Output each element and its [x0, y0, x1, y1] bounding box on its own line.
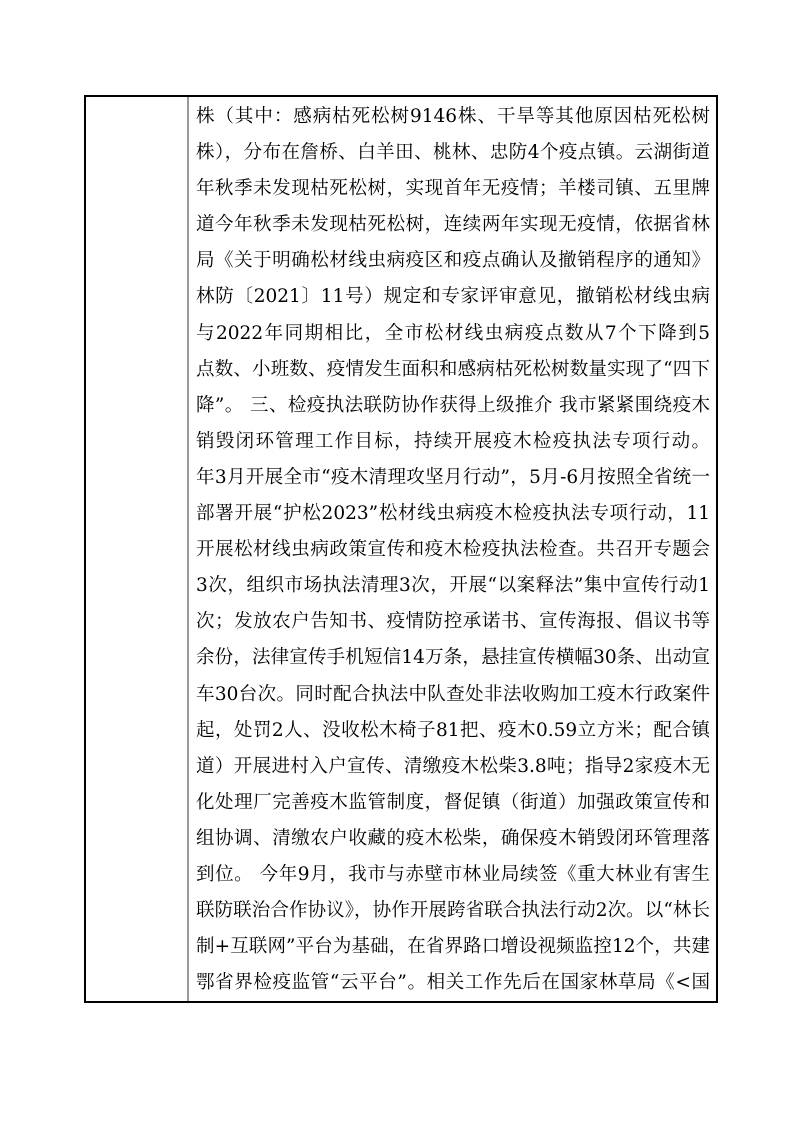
text-line: 次；发放农户告知书、疫情防控承诺书、宣传海报、倡议书等4500 [196, 604, 710, 640]
table-text-cell: 株（其中：感病枯死松树9146株、干旱等其他原因枯死松树315 株），分布在詹桥… [189, 97, 716, 1001]
text-line: 年3月开展全市“疫木清理攻坚月行动”，5月-6月按照全省统一 [196, 460, 710, 496]
text-line: 林防〔2021〕11号）规定和专家评审意见，撤销松材线虫病点。 [196, 279, 710, 315]
text-line: 组协调、清缴农户收藏的疫木松柴，确保疫木销毁闭环管理落实 [196, 821, 710, 857]
text-line: 年秋季未发现枯死松树，实现首年无疫情；羊楼司镇、五里牌街 [196, 171, 710, 207]
text-line: 起，处罚2人、没收松木椅子81把、疫木0.59立方米；配合镇（街 [196, 713, 710, 749]
text-line: 降”。 三、检疫执法联防协作获得上级推介 我市紧紧围绕疫木 [196, 388, 710, 424]
text-line: 鄂省界检疫监管“云平台”。相关工作先后在国家林草局《<国务 [196, 965, 710, 1001]
table-left-cell [86, 97, 189, 1001]
text-line: 车30台次。同时配合执法中队查处非法收购加工疫木行政案件2 [196, 677, 710, 713]
text-line: 局《关于明确松材线虫病疫区和疫点确认及撤销程序的通知》(湘 [196, 243, 710, 279]
text-line: 开展松材线虫病政策宣传和疫木检疫执法检查。共召开专题会议 [196, 532, 710, 568]
text-line: 到位。 今年9月，我市与赤壁市林业局续签《重大林业有害生物 [196, 857, 710, 893]
text-line: 3次，组织市场执法清理3次，开展“以案释法”集中宣传行动1 [196, 568, 710, 604]
text-line: 道）开展进村入户宣传、清缴疫木松柴3.8吨；指导2家疫木无害 [196, 749, 710, 785]
text-line: 销毁闭环管理工作目标，持续开展疫木检疫执法专项行动。2023 [196, 424, 710, 460]
text-line: 与2022年同期相比，全市松材线虫病疫点数从7个下降到5个，疫 [196, 316, 710, 352]
text-line: 株），分布在詹桥、白羊田、桃林、忠防4个疫点镇。云湖街道今 [196, 135, 710, 171]
text-line: 联防联治合作协议》，协作开展跨省联合执法行动2次。以“林长 [196, 893, 710, 929]
text-line: 化处理厂完善疫木监管制度，督促镇（街道）加强政策宣传和村 [196, 785, 710, 821]
text-line: 部署开展“护松2023”松材线虫病疫木检疫执法专项行动，11月 [196, 496, 710, 532]
text-line: 株（其中：感病枯死松树9146株、干旱等其他原因枯死松树315 [196, 99, 710, 135]
text-line: 点数、小班数、疫情发生面积和感病枯死松树数量实现了“四下 [196, 352, 710, 388]
document-page: 株（其中：感病枯死松树9146株、干旱等其他原因枯死松树315 株），分布在詹桥… [0, 0, 794, 1122]
text-line: 道今年秋季未发现枯死松树，连续两年实现无疫情，依据省林业 [196, 207, 710, 243]
text-line: 余份，法律宣传手机短信14万条，悬挂宣传横幅30条、出动宣传 [196, 640, 710, 676]
content-table: 株（其中：感病枯死松树9146株、干旱等其他原因枯死松树315 株），分布在詹桥… [84, 95, 718, 1003]
text-line: 制+互联网”平台为基础，在省界路口增设视频监控12个，共建湘 [196, 929, 710, 965]
